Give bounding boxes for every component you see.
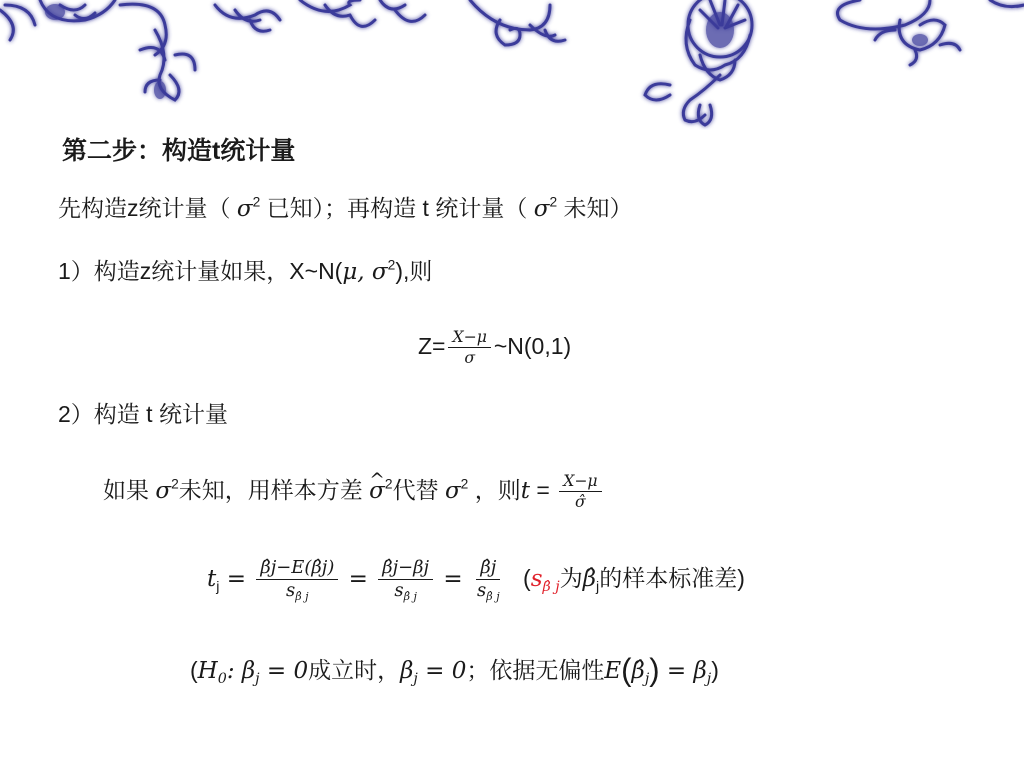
fraction-numerator: β̂j−E(β̂j): [256, 558, 338, 581]
intro-text-1: 先构造z统计量（: [58, 195, 231, 221]
h0-line: (H0: βj = 0成立时，βj = 0；依据无偏性E(β̂j) = βj): [190, 650, 719, 691]
slide-title: 第二步：构造t统计量: [62, 136, 295, 166]
note-text-2: 的样本标准差): [599, 565, 745, 591]
equals: =: [660, 658, 694, 684]
s-symbol: s: [394, 580, 403, 601]
subscript: β̂ j: [486, 590, 499, 603]
s-symbol-red: s: [531, 566, 543, 592]
t-intro-text-2: 未知，用样本方差: [179, 477, 369, 503]
fraction-numerator: β̂j−βj: [378, 558, 433, 581]
beta-symbol: β: [693, 658, 706, 684]
intro-line: 先构造z统计量（ σ2 已知）；再构造 t 统计量（ σ2 未知）: [58, 193, 633, 224]
floral-border-decoration: [0, 0, 1024, 130]
step1-label: 1）构造z统计量如果，X~N(: [58, 258, 342, 284]
t-intro-text-1: 如果: [103, 477, 155, 503]
t-denominator: σ̂: [571, 492, 590, 511]
sigma-symbol: σ: [445, 478, 461, 504]
step2-label: 2）构造 t 统计量: [58, 401, 228, 427]
colon: :: [227, 658, 242, 684]
step1-tail: ),则: [395, 258, 432, 284]
sigma-hat-symbol: σ: [369, 471, 385, 511]
close-paren: ): [711, 657, 719, 683]
tj-lhs: t: [207, 566, 216, 592]
superscript: 2: [549, 194, 557, 209]
intro-text-2: 已知）；再构造 t 统计量（: [267, 195, 528, 221]
fraction-denominator: sβ̂ j: [390, 580, 421, 602]
beta-symbol: β: [242, 658, 255, 684]
beta-hat-symbol: β̂: [632, 658, 645, 684]
z-denominator: σ: [460, 348, 479, 367]
sigma-symbol: σ: [155, 478, 171, 504]
z-formula: Z=X−μσ~N(0,1): [418, 326, 571, 367]
h-symbol: H: [198, 658, 218, 684]
s-symbol: s: [286, 580, 295, 601]
z-lhs: Z=: [418, 333, 445, 359]
superscript: 2: [171, 476, 179, 491]
z-fraction: X−μσ: [448, 328, 490, 367]
h0-text-2: ；依据无偏性: [466, 657, 604, 683]
s-symbol: s: [477, 580, 486, 601]
superscript: 2: [253, 194, 261, 209]
t-intro-line: 如果 σ2未知，用样本方差 σ2代替 σ2 ，则t = X−μσ̂: [103, 470, 605, 511]
comma: ,: [357, 259, 372, 285]
h0-text-1: 成立时，: [308, 657, 400, 683]
superscript: 2: [385, 476, 393, 491]
z-numerator: X−μ: [448, 328, 490, 348]
tj-fraction-3: β̂jsβ̂ j: [473, 558, 504, 602]
tj-formula: tj = β̂j−E(β̂j)sβ̂ j = β̂j−βjsβ̂ j = β̂j…: [207, 548, 745, 609]
equals-zero: = 0: [260, 658, 309, 684]
sigma-symbol: σ: [237, 196, 253, 222]
mu-symbol: μ: [342, 259, 357, 285]
z-rhs: ~N(0,1): [494, 333, 571, 359]
step2-line: 2）构造 t 统计量: [58, 399, 228, 429]
t-numerator: X−μ: [559, 472, 601, 492]
subscript: 0: [218, 671, 227, 687]
subscript: β̂ j: [404, 590, 417, 603]
close-paren-big: ): [649, 652, 659, 687]
step1-line: 1）构造z统计量如果，X~N(μ, σ2),则: [58, 256, 432, 287]
expectation-symbol: E: [604, 658, 621, 684]
subscript: β̂ j: [295, 590, 308, 603]
beta-hat-symbol: β̂: [583, 566, 596, 592]
fraction-denominator: sβ̂ j: [473, 580, 504, 602]
note-text-1: 为: [560, 565, 583, 591]
t-fraction: X−μσ̂: [559, 472, 601, 511]
t-intro-text-4: ，则: [468, 477, 520, 503]
tj-fraction-1: β̂j−E(β̂j)sβ̂ j: [256, 558, 338, 602]
equals-zero: = 0: [418, 658, 467, 684]
equals: =: [530, 477, 556, 503]
sigma-symbol: σ: [534, 196, 550, 222]
intro-text-3: 未知）: [564, 195, 633, 221]
fraction-numerator: β̂j: [476, 558, 500, 581]
beta-symbol: β: [400, 658, 413, 684]
subscript-red: β̂ j: [543, 579, 560, 595]
sigma-symbol: σ: [372, 259, 388, 285]
open-paren-big: (: [621, 652, 631, 687]
note-open-paren: (: [523, 565, 531, 591]
equals: =: [341, 566, 375, 592]
equals: =: [219, 566, 253, 592]
tj-fraction-2: β̂j−βjsβ̂ j: [378, 558, 433, 602]
t-intro-text-3: 代替: [393, 477, 445, 503]
fraction-denominator: sβ̂ j: [282, 580, 313, 602]
t-symbol: t: [521, 478, 530, 504]
equals: =: [436, 566, 470, 592]
open-paren: (: [190, 657, 198, 683]
